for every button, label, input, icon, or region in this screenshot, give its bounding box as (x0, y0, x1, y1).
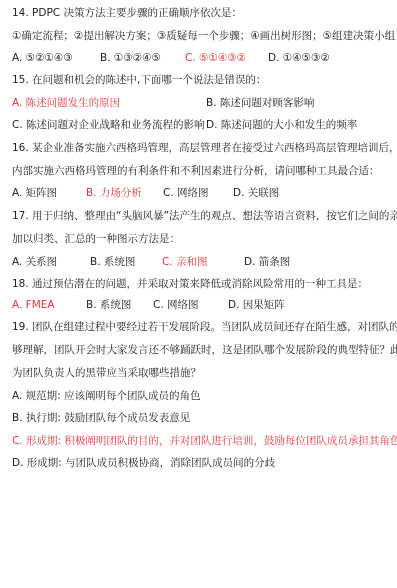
q17-option-d: D. 箭条图 (244, 251, 290, 273)
q15-options-row1: A. 陈述问题发生的原因 B. 陈述问题对顾客影响 (0, 92, 397, 114)
q17-options: A. 关系图 B. 系统图 C. 亲和图 D. 箭条图 (0, 251, 397, 273)
q17-option-b: B. 系统图 (90, 251, 135, 273)
q19-stem-line1: 19. 团队在组建过程中要经过若干发展阶段。当团队成员间还存在陌生感，对团队的任… (12, 316, 397, 338)
q16-option-a: A. 矩阵图 (12, 182, 57, 204)
q19-stem-line2: 够理解，团队开会时大家发言还不够踊跃时，这是团队哪个发展阶段的典型特征？此时，作 (12, 339, 397, 361)
q19-option-b: B. 执行期: 鼓励团队每个成员发表意见 (12, 407, 190, 429)
q18-option-c: C. 网络图 (153, 294, 199, 316)
q14-stem-steps: ①确定流程；②提出解决方案；③质疑每一个步骤；④画出树形图；⑤组建决策小组 (12, 25, 395, 47)
q18-option-b: B. 系统图 (86, 294, 131, 316)
q15-option-a-correct: A. 陈述问题发生的原因 (12, 92, 120, 114)
q17-stem-line1: 17. 用于归纳、整理由“头脑风暴”法产生的观点、想法等语言资料，按它们之间的亲… (12, 205, 397, 227)
q19-option-a: A. 规范期: 应该阐明每个团队成员的角色 (12, 385, 201, 407)
q17-stem-line2: 加以归类、汇总的一种图示方法是： (12, 228, 180, 250)
q19-stem-line3: 为团队负责人的黑带应当采取哪些措施？ (12, 362, 201, 384)
q15-options-row2: C. 陈述问题对企业战略和业务流程的影响 D. 陈述问题的大小和发生的频率 (0, 114, 397, 136)
q14-options: A. ⑤②①④③ B. ①③②④⑤ C. ⑤①④③② D. ①④⑤③② (0, 47, 397, 69)
q16-option-d: D. 关联图 (233, 182, 279, 204)
q16-option-c: C. 网络图 (163, 182, 209, 204)
q16-option-b-correct: B. 力场分析 (86, 182, 142, 204)
q14-option-b: B. ①③②④⑤ (100, 47, 161, 69)
q18-option-d: D. 因果矩阵 (228, 294, 285, 316)
q16-stem-line1: 16. 某企业准备实施六西格玛管理，高层管理者在接受过六西格玛高层管理培训后，就… (12, 137, 397, 159)
q19-option-c-correct: C. 形成期: 积极阐明团队的目的，并对团队进行培训，鼓励每位团队成员承担其角色 (12, 430, 397, 452)
q18-option-a-correct: A. FMEA (12, 294, 55, 316)
q15-option-b: B. 陈述问题对顾客影响 (206, 92, 314, 114)
q14-option-d: D. ①④⑤③② (268, 47, 330, 69)
q15-option-d: D. 陈述问题的大小和发生的频率 (206, 114, 357, 136)
q14-stem: 14. PDPC 决策方法主要步骤的正确顺序依次是： (12, 2, 242, 24)
q14-option-a: A. ⑤②①④③ (12, 47, 73, 69)
q16-stem-line2: 内部实施六西格玛管理的有利条件和不利因素进行分析，请问哪种工具最合适： (12, 160, 380, 182)
q18-stem: 18. 通过预估潜在的问题，并采取对策来降低或消除风险常用的一种工具是： (12, 273, 368, 295)
q14-option-c-correct: C. ⑤①④③② (185, 47, 246, 69)
q15-option-c: C. 陈述问题对企业战略和业务流程的影响 (12, 114, 205, 136)
q19-option-d: D. 形成期: 与团队成员积极协商，消除团队成员间的分歧 (12, 452, 275, 474)
q17-option-a: A. 关系图 (12, 251, 57, 273)
q16-options: A. 矩阵图 B. 力场分析 C. 网络图 D. 关联图 (0, 182, 397, 204)
q15-stem: 15. 在问题和机会的陈述中,下面哪一个说法是错误的： (12, 69, 266, 91)
q18-options: A. FMEA B. 系统图 C. 网络图 D. 因果矩阵 (0, 294, 397, 316)
q17-option-c-correct: C. 亲和图 (162, 251, 208, 273)
